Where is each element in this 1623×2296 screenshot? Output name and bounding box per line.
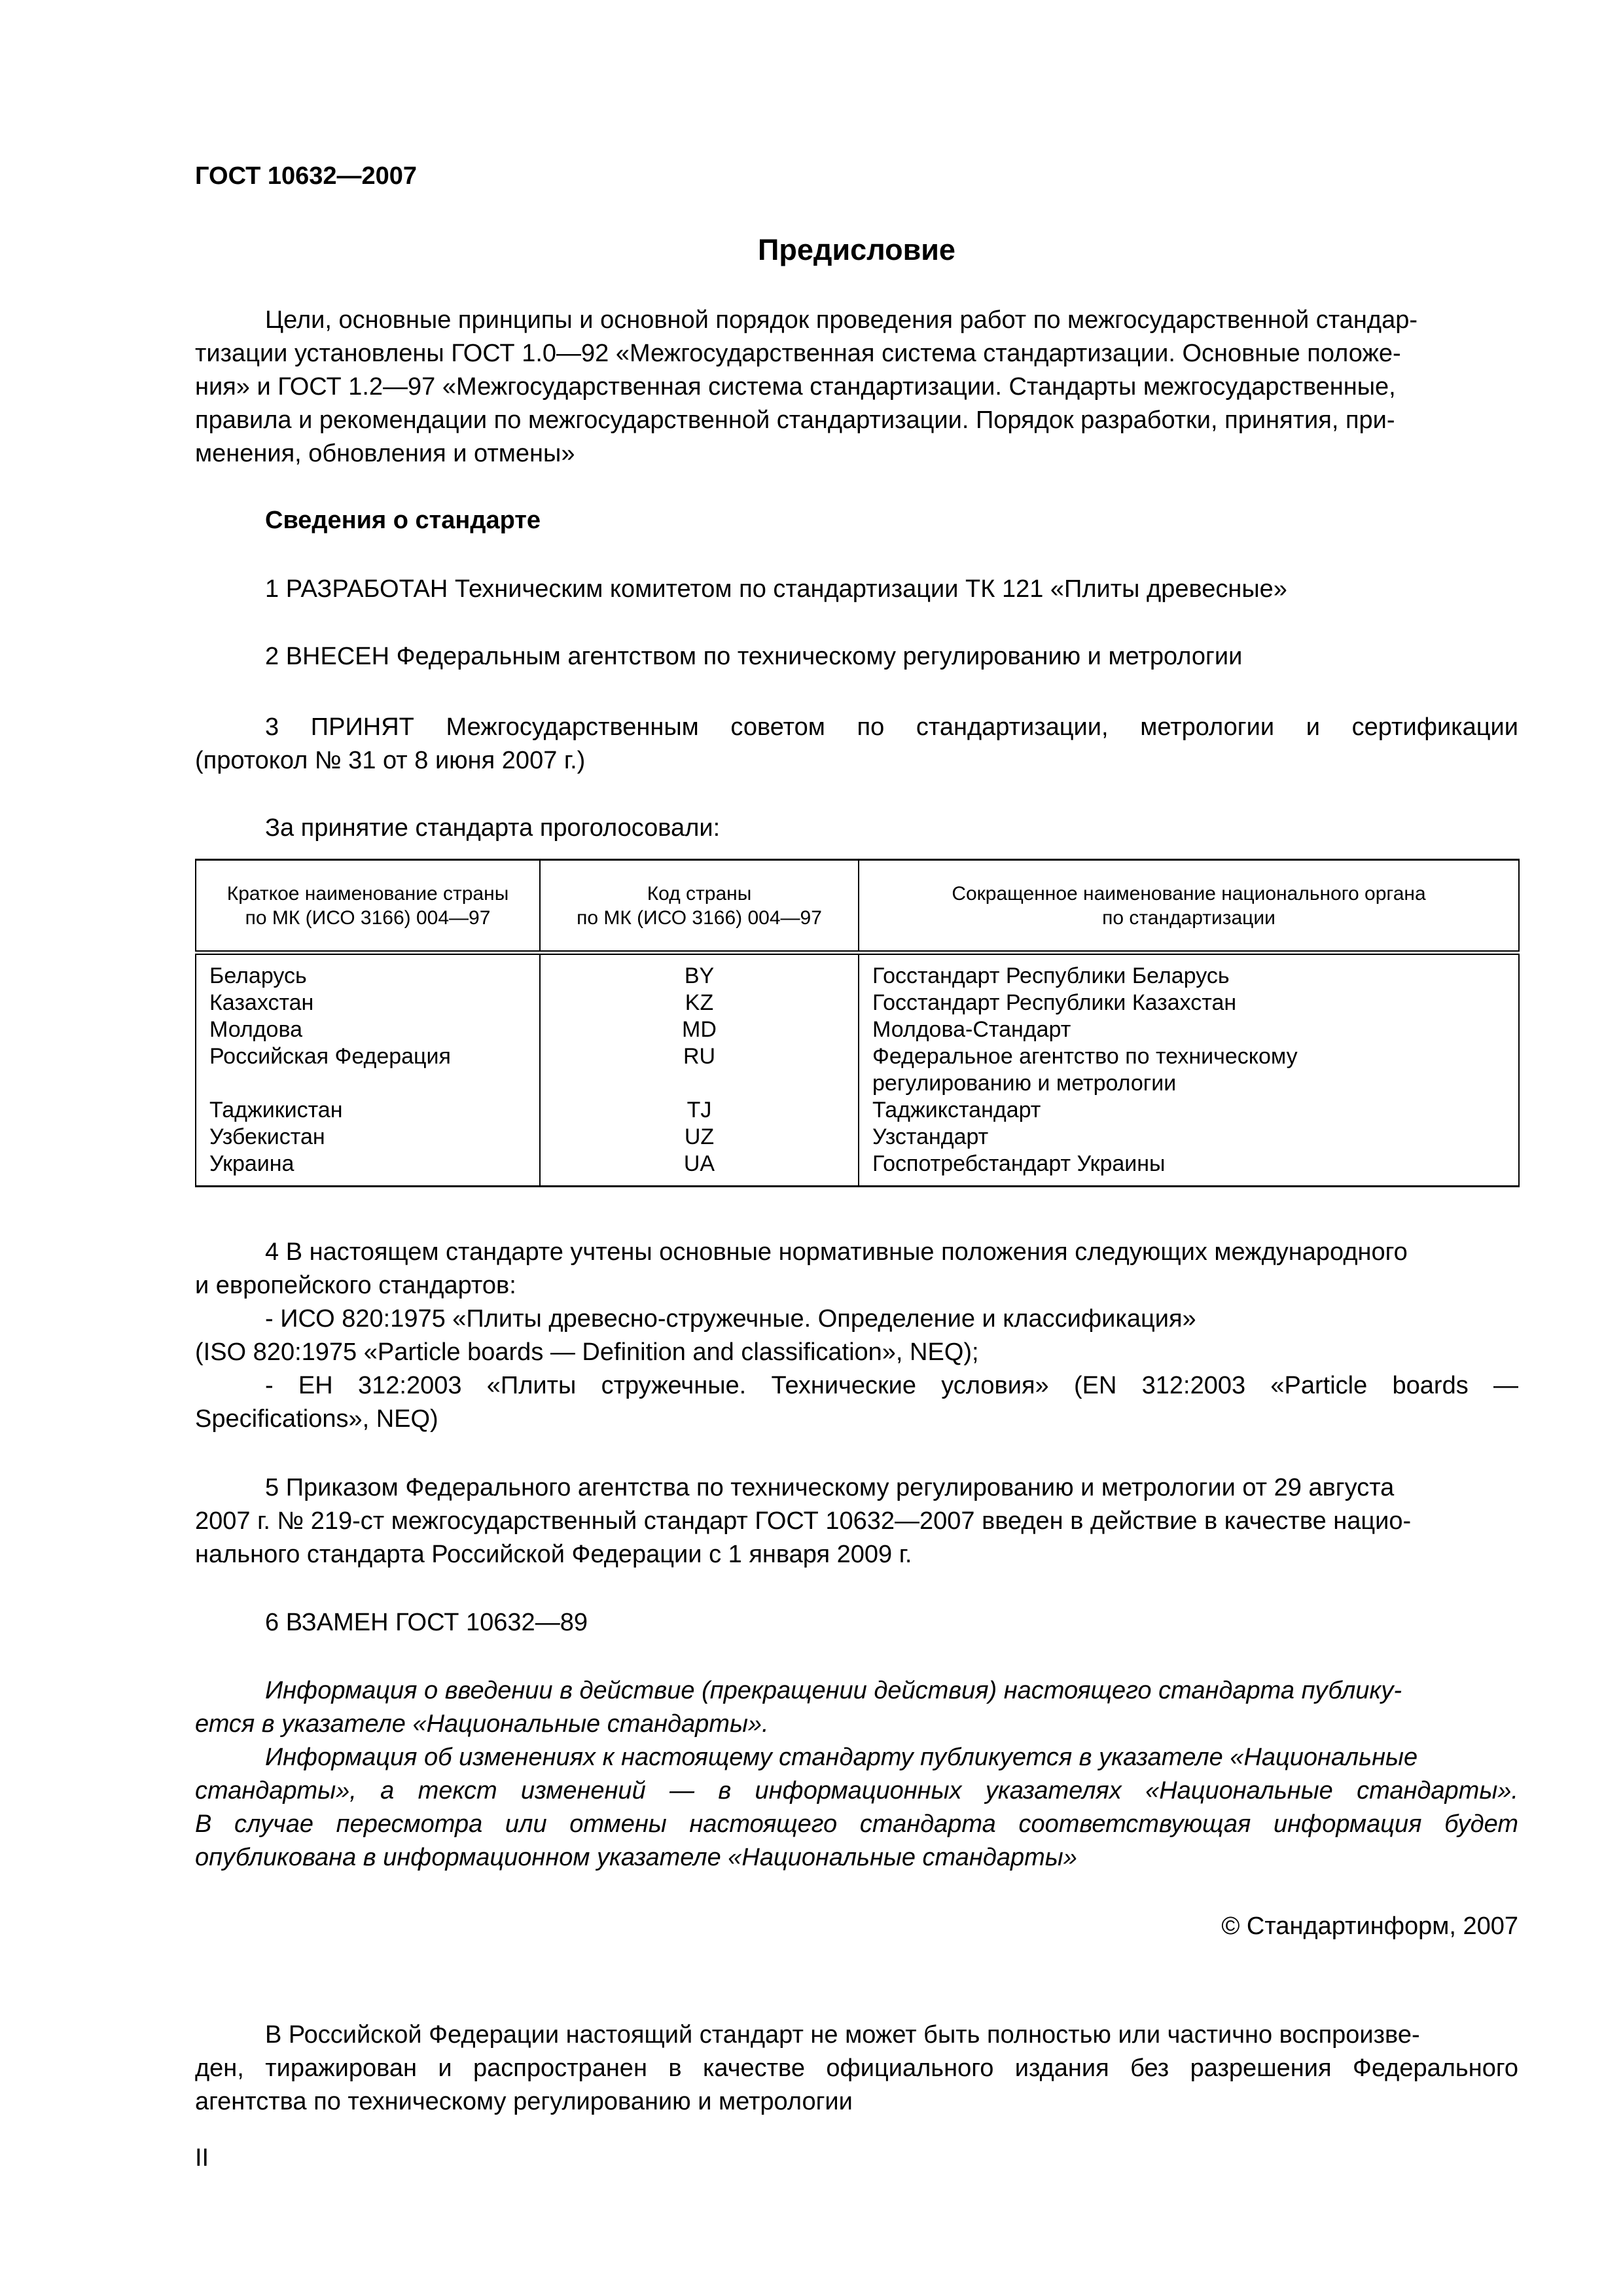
notice-line: Информация о введении в действие (прекра…	[195, 1674, 1518, 1708]
intro-line: правила и рекомендации по межгосударстве…	[195, 404, 1518, 437]
restriction-paragraph: В Российской Федерации настоящий стандар…	[195, 2018, 1518, 2119]
cell-body: Госстандарт Республики Казахстан	[859, 990, 1519, 1016]
cell-country: Российская Федерация	[196, 1043, 540, 1097]
cell-country: Казахстан	[196, 990, 540, 1016]
page-number: II	[195, 2144, 209, 2172]
cell-country: Таджикистан	[196, 1097, 540, 1124]
restriction-line: ден, тиражирован и распространен в качес…	[195, 2052, 1518, 2085]
table-row: Казахстан KZ Госстандарт Республики Каза…	[196, 990, 1519, 1016]
restriction-line: агентства по техническому регулированию …	[195, 2085, 1518, 2119]
table-row: Российская Федерация RU Федеральное аген…	[196, 1043, 1519, 1097]
intro-line: Цели, основные принципы и основной поряд…	[195, 304, 1518, 337]
voted-caption: За принятие стандарта проголосовали:	[195, 812, 1518, 845]
cell-body: Узстандарт	[859, 1124, 1519, 1151]
item-5-line: 5 Приказом Федерального агентства по тех…	[195, 1471, 1518, 1505]
item-4: 4 В настоящем стандарте учтены основные …	[195, 1236, 1518, 1436]
table-row: Украина UA Госпотребстандарт Украины	[196, 1151, 1519, 1187]
cell-code: KZ	[540, 990, 859, 1016]
cell-code: TJ	[540, 1097, 859, 1124]
cell-body: Таджикстандарт	[859, 1097, 1519, 1124]
notice-line: ется в указателе «Национальные стандарты…	[195, 1708, 1518, 1741]
table-row: Беларусь BY Госстандарт Республики Белар…	[196, 953, 1519, 990]
item-4-line: (ISO 820:1975 «Particle boards — Definit…	[195, 1336, 1518, 1369]
cell-country: Молдова	[196, 1016, 540, 1043]
intro-line: менения, обновления и отмены»	[195, 437, 1518, 471]
notice-line: В случае пересмотра или отмены настоящег…	[195, 1808, 1518, 1841]
cell-body: Госстандарт Республики Беларусь	[859, 953, 1519, 990]
table-row: Таджикистан TJ Таджикстандарт	[196, 1097, 1519, 1124]
item-3: 3 ПРИНЯТ Межгосударственным советом по с…	[195, 711, 1518, 778]
notice-line: стандарты», а текст изменений — в информ…	[195, 1774, 1518, 1808]
header-body: Сокращенное наименование национального о…	[859, 860, 1519, 953]
document-code: ГОСТ 10632—2007	[195, 162, 1518, 190]
intro-line: ния» и ГОСТ 1.2—97 «Межгосударственная с…	[195, 370, 1518, 404]
header-code: Код страны по МК (ИСО 3166) 004—97	[540, 860, 859, 953]
restriction-line: В Российской Федерации настоящий стандар…	[195, 2018, 1518, 2052]
table-row: Узбекистан UZ Узстандарт	[196, 1124, 1519, 1151]
cell-code: UZ	[540, 1124, 859, 1151]
item-4-line: Specifications», NEQ)	[195, 1403, 1518, 1436]
page-title: Предисловие	[195, 233, 1518, 267]
notice-line: опубликована в информационном указателе …	[195, 1841, 1518, 1874]
intro-paragraph: Цели, основные принципы и основной поряд…	[195, 304, 1518, 471]
cell-code: BY	[540, 953, 859, 990]
item-5-line: нального стандарта Российской Федерации …	[195, 1538, 1518, 1571]
cell-code: RU	[540, 1043, 859, 1097]
voting-table: Краткое наименование страны по МК (ИСО 3…	[195, 859, 1520, 1187]
intro-line: тизации установлены ГОСТ 1.0—92 «Межгосу…	[195, 337, 1518, 370]
item-5-line: 2007 г. № 219-ст межгосударственный стан…	[195, 1505, 1518, 1538]
notice-paragraph: Информация о введении в действие (прекра…	[195, 1674, 1518, 1874]
table-row: Молдова MD Молдова-Стандарт	[196, 1016, 1519, 1043]
item-4-line: - ЕН 312:2003 «Плиты стружечные. Техниче…	[195, 1369, 1518, 1403]
cell-code: UA	[540, 1151, 859, 1187]
item-4-line: и европейского стандартов:	[195, 1269, 1518, 1302]
item-2: 2 ВНЕСЕН Федеральным агентством по техни…	[195, 640, 1518, 673]
cell-body: Молдова-Стандарт	[859, 1016, 1519, 1043]
cell-body: Федеральное агентство по техническому ре…	[859, 1043, 1519, 1097]
item-1: 1 РАЗРАБОТАН Техническим комитетом по ст…	[195, 573, 1518, 606]
item-3-line: (протокол № 31 от 8 июня 2007 г.)	[195, 744, 1518, 778]
notice-line: Информация об изменениях к настоящему ст…	[195, 1741, 1518, 1774]
item-3-line: 3 ПРИНЯТ Межгосударственным советом по с…	[195, 711, 1518, 744]
item-4-line: - ИСО 820:1975 «Плиты древесно-стружечны…	[195, 1302, 1518, 1336]
cell-body: Госпотребстандарт Украины	[859, 1151, 1519, 1187]
cell-country: Узбекистан	[196, 1124, 540, 1151]
cell-country: Беларусь	[196, 953, 540, 990]
item-5: 5 Приказом Федерального агентства по тех…	[195, 1471, 1518, 1571]
copyright: © Стандартинформ, 2007	[195, 1910, 1518, 1943]
header-country: Краткое наименование страны по МК (ИСО 3…	[196, 860, 540, 953]
table-header-row: Краткое наименование страны по МК (ИСО 3…	[196, 860, 1519, 953]
cell-code: MD	[540, 1016, 859, 1043]
item-4-line: 4 В настоящем стандарте учтены основные …	[195, 1236, 1518, 1269]
item-6: 6 ВЗАМЕН ГОСТ 10632—89	[195, 1606, 1518, 1640]
cell-country: Украина	[196, 1151, 540, 1187]
info-heading: Сведения о стандарте	[195, 504, 1518, 537]
